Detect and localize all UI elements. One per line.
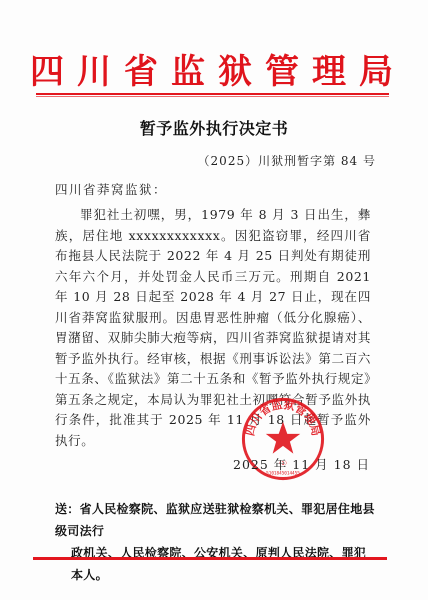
letterhead-divider <box>36 93 389 95</box>
document-page: 四川省监狱管理局 暂予监外执行决定书 （2025）川狱刑暂字第 84 号 四川省… <box>0 0 428 600</box>
cc-line-1: 省人民检察院、监狱应送驻狱检察机关、罪犯居住地县级司法行 <box>55 502 375 538</box>
cc-label: 送： <box>55 502 80 516</box>
letterhead-divider-shadow <box>36 96 389 97</box>
issue-date: 2025 年 11 月 18 日 <box>233 455 370 473</box>
carbon-copy-list: 送：省人民检察院、监狱应送驻狱检察机关、罪犯居住地县级司法行 政机关、人民检察院… <box>55 498 375 586</box>
cc-line-2: 政机关、人民检察院、公安机关、原判人民法院、罪犯本人。 <box>55 542 375 586</box>
letterhead-title: 四川省监狱管理局 <box>0 52 428 92</box>
document-number: （2025）川狱刑暂字第 84 号 <box>198 152 376 169</box>
footer-divider <box>33 557 387 560</box>
addressee: 四川省莽窝监狱： <box>55 180 167 198</box>
document-title: 暂予监外执行决定书 <box>0 116 428 139</box>
